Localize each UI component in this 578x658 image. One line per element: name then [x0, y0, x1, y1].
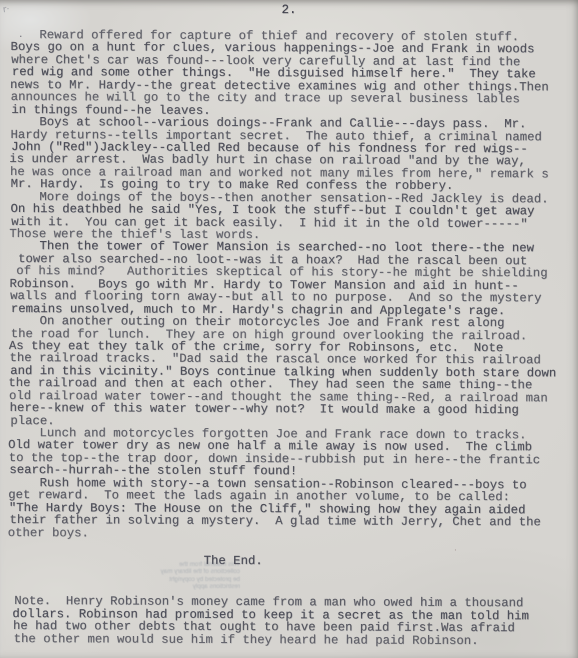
note-block: Note. Henry Robinson's money came from a…: [13, 595, 571, 647]
text-line: other boys.: [8, 526, 571, 541]
story-outline: Reward offered for capture of thief and …: [9, 29, 574, 541]
document-text: Reward offered for capture of thief and …: [8, 29, 574, 648]
text-line: the other men would sue him if they hear…: [14, 633, 572, 648]
page-number: 2.: [0, 3, 578, 17]
the-end-line: The End.: [9, 554, 572, 569]
scanned-document-page: r· . · This material from thecollections…: [0, 0, 578, 658]
